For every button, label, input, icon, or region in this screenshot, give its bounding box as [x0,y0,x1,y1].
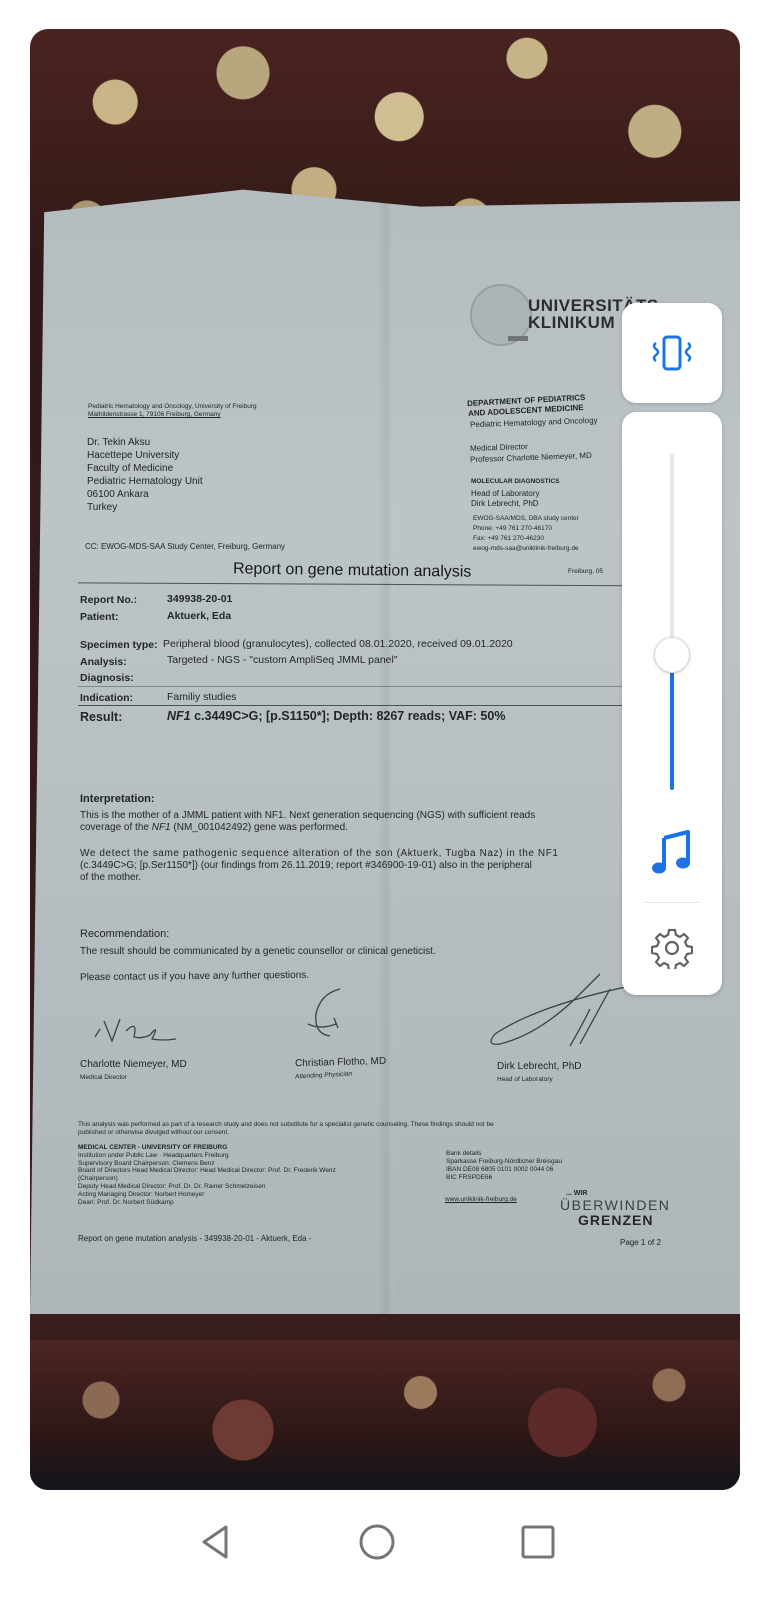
gear-icon [651,927,693,969]
place-date: Freiburg, 05 [568,568,603,575]
volume-slider-fill [670,655,674,790]
volume-panel [622,412,722,995]
bank-bic: BIC FRSPDE66 [446,1174,562,1182]
cc-line: CC: EWOG-MDS-SAA Study Center, Freiburg,… [85,542,285,551]
music-note-icon [650,828,694,876]
specimen-label: Specimen type: [80,639,158,651]
recipient-line: 06100 Ankara [87,488,203,501]
interpretation-line: We detect the same pathogenic sequence a… [80,848,559,860]
disclaimer-line-1: This analysis was performed as part of a… [78,1121,494,1128]
specimen-value: Peripheral blood (granulocytes), collect… [163,638,513,650]
volume-slider-thumb[interactable] [654,637,690,673]
recipient-line: Turkey [87,501,203,514]
phone: Phone: +49 761 270-46170 [473,525,552,532]
sender-line-2: Mathildenstrasse 1, 79106 Freiburg, Germ… [88,411,221,418]
vibrate-icon [647,333,697,373]
lab-head-label: Head of Laboratory [471,489,540,498]
recipient-line: Hacettepe University [87,449,203,462]
patient-label: Patient: [80,611,119,623]
footer-institution: MEDICAL CENTER - UNIVERSITY OF FREIBURG … [78,1144,336,1206]
email: ewog-mds-saa@uniklinik-freiburg.de [473,545,579,552]
signature-flotho [290,984,370,1054]
footer-line: Supervisory Board Chairperson: Clemens B… [78,1160,336,1168]
result-gene: NF1 [167,709,191,723]
page-number: Page 1 of 2 [620,1238,661,1247]
footer-line: Acting Managing Director: Norbert Homeye… [78,1191,336,1199]
fax: Fax: +49 761 270-46230 [473,535,544,542]
bank-heading: Bank details [446,1150,562,1158]
interpretation-heading: Interpretation: [80,793,155,805]
patient-value: Aktuerk, Eda [167,610,231,622]
division: Pediatric Hematology and Oncology [470,416,598,429]
medical-director-label: Medical Director [470,442,528,453]
interpretation-line: of the mother. [80,872,559,884]
slogan-small: ... WIR [566,1190,587,1197]
signature-name-3: Dirk Lebrecht, PhD [497,1061,581,1072]
bank-iban: IBAN DE08 6805 0101 0002 0044 06 [446,1166,562,1174]
recipient-line: Dr. Tekin Aksu [87,436,203,449]
media-stream-button[interactable] [647,824,697,880]
sound-settings-button[interactable] [647,920,697,976]
footer-line: Dean: Prof. Dr. Norbert Südkamp [78,1199,336,1207]
study-center: EWOG-SAA/MDS, DBA study center [473,515,579,522]
recipient-address: Dr. Tekin Aksu Hacettepe University Facu… [87,436,203,514]
carpet-background [30,1340,740,1490]
report-title: Report on gene mutation analysis [233,560,472,581]
back-triangle-icon [196,1522,236,1562]
back-button[interactable] [186,1512,246,1572]
slogan-mid: ÜBERWINDEN [560,1197,670,1213]
home-circle-icon [357,1522,397,1562]
signature-niemeyer [90,1009,180,1049]
recommendation-heading: Recommendation: [80,928,169,940]
recommendation-line-1: The result should be communicated by a g… [80,946,436,958]
gene-name: NF1 [152,822,171,833]
ring-mode-toggle[interactable] [622,303,722,403]
report-no-label: Report No.: [80,594,137,606]
footer-line: MEDICAL CENTER - UNIVERSITY OF FREIBURG [78,1144,336,1152]
recipient-line: Pediatric Hematology Unit [87,475,203,488]
footer-line: Institution under Public Law · Headquart… [78,1152,336,1160]
result-value: NF1 c.3449C>G; [p.S1150*]; Depth: 8267 r… [167,709,505,723]
slogan-big: GRENZEN [578,1212,653,1228]
signature-name-1: Charlotte Niemeyer, MD [80,1059,187,1070]
footer-line: (Chairperson) [78,1175,336,1183]
signature-role-2: Attending Physician [295,1071,352,1081]
interpretation-paragraph-2: We detect the same pathogenic sequence a… [80,848,559,884]
molecular-diagnostics-label: MOLECULAR DIAGNOSTICS [471,478,559,485]
interpretation-paragraph-1: This is the mother of a JMML patient wit… [80,810,535,834]
website-link: www.uniklinik-freiburg.de [445,1196,517,1203]
navigation-bar [0,1490,770,1600]
analysis-value: Targeted - NGS - "custom AmpliSeq JMML p… [167,654,398,666]
report-no-value: 349938-20-01 [167,593,232,605]
interpretation-line: This is the mother of a JMML patient wit… [80,810,535,822]
disclaimer-line-2: published or otherwise divulged without … [78,1129,229,1136]
indication-value: Familiy studies [167,691,236,703]
logo-bar [508,336,528,341]
bank-name: Sparkasse Freiburg-Nördlicher Breisgau [446,1158,562,1166]
interpretation-line: (c.3449C>G; [p.Ser1150*]) (our findings … [80,860,559,872]
recents-square-icon [518,1522,558,1562]
recipient-line: Faculty of Medicine [87,462,203,475]
recommendation-line-2: Please contact us if you have any furthe… [80,970,309,984]
result-text: c.3449C>G; [p.S1150*]; Depth: 8267 reads… [191,709,506,723]
text-span: (NM_001042492) gene was performed. [171,822,348,833]
medical-director-name: Professor Charlotte Niemeyer, MD [470,451,592,464]
bank-details: Bank details Sparkasse Freiburg-Nördlich… [446,1150,562,1182]
text-span: coverage of the [80,822,152,833]
diagnosis-label: Diagnosis: [80,672,134,684]
home-button[interactable] [347,1512,407,1572]
signature-name-2: Christian Flotho, MD [295,1056,386,1069]
interpretation-line: coverage of the NF1 (NM_001042492) gene … [80,822,535,834]
indication-label: Indication: [80,692,133,704]
sender-line-1: Pediatric Hematology and Oncology, Unive… [88,403,257,410]
lab-head-name: Dirk Lebrecht, PhD [471,499,539,508]
footer-line: Board of Directors Head Medical Director… [78,1167,336,1175]
footer-line: Deputy Head Medical Director: Prof. Dr. … [78,1183,336,1191]
analysis-label: Analysis: [80,656,127,668]
result-label: Result: [80,710,122,724]
panel-divider [644,902,700,903]
signature-role-3: Head of Laboratory [497,1076,553,1083]
recents-button[interactable] [508,1512,568,1572]
signature-role-1: Medical Director [80,1074,127,1081]
running-footer: Report on gene mutation analysis - 34993… [78,1234,311,1243]
